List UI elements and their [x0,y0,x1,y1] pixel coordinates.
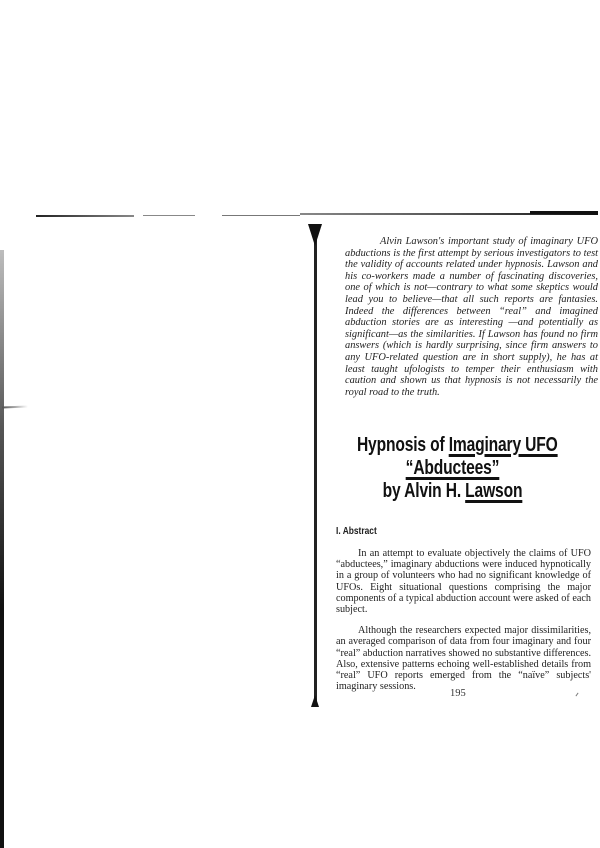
title-text-underlined: Imaginary UFO [449,434,558,456]
scan-smudge [2,406,28,409]
editor-intro: Alvin Lawson's important study of imagin… [245,236,598,398]
title-line-2: “Abductees” [357,457,548,480]
page-rule-segment [143,215,195,216]
page-rule-thick-end [530,211,598,214]
author-byline: by Alvin H. [383,480,465,502]
author-name-underlined: Lawson [465,480,522,502]
abstract-body: In an attempt to evaluate objectively th… [336,548,591,702]
body-paragraph: In an attempt to evaluate objectively th… [336,548,591,615]
title-text: Hypnosis of [357,434,449,456]
binding-line-bottom-cap [311,695,319,707]
body-paragraph: Although the researchers expected major … [336,625,591,692]
article-title: Hypnosis of Imaginary UFO “Abductees” by… [357,434,548,503]
page-number: 195 [450,688,466,699]
page-rule-segment [222,215,300,216]
intro-paragraph: Alvin Lawson's important study of imagin… [345,236,598,398]
section-heading: I. Abstract [336,525,377,537]
page-rule-segment [36,215,134,217]
title-line-3: by Alvin H. Lawson [357,480,548,503]
title-text-underlined: “Abductees” [406,457,500,479]
title-line-1: Hypnosis of Imaginary UFO [357,434,548,457]
scan-left-edge-shadow [0,250,4,848]
